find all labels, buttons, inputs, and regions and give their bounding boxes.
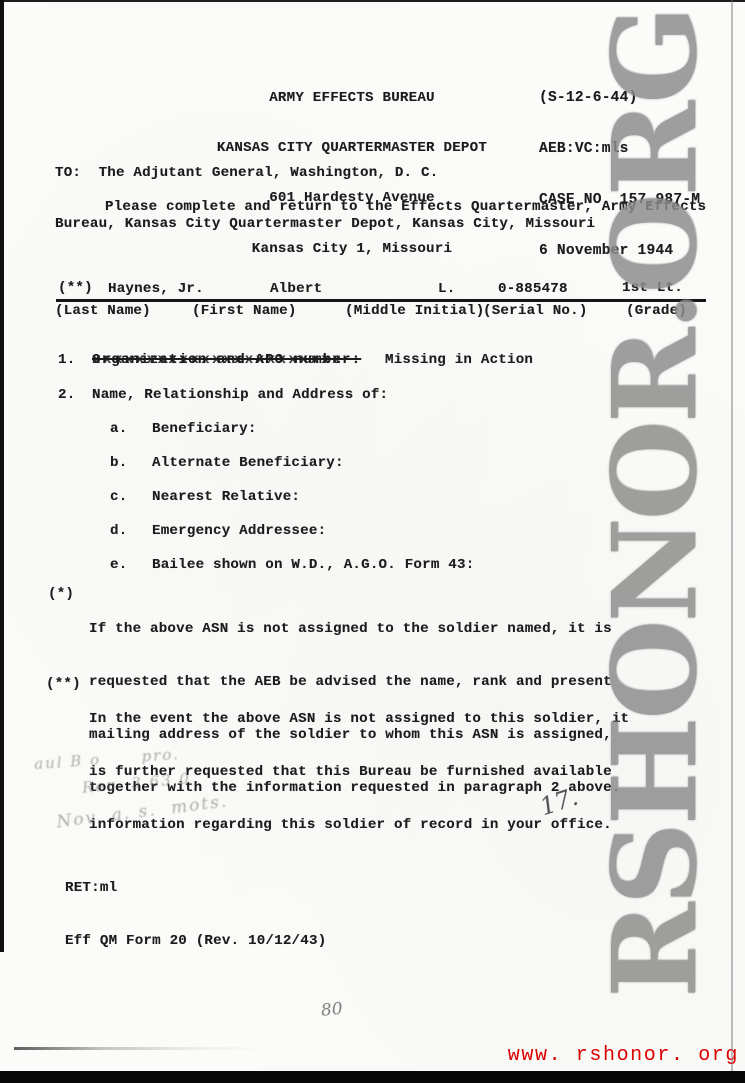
label-serial-number: (Serial No.) — [483, 303, 588, 319]
label-last-name: (Last Name) — [55, 303, 151, 319]
footer-block: RET:ml Eff QM Form 20 (Rev. 10/12/43) — [65, 845, 326, 986]
letterhead-line-2: KANSAS CITY QUARTERMASTER DEPOT — [172, 140, 532, 157]
item-2-label: Name, Relationship and Address of: — [92, 387, 388, 403]
footnote-single-marker: (*) — [48, 586, 74, 602]
footer-form-line: Eff QM Form 20 (Rev. 10/12/43) — [65, 933, 326, 951]
subitem-c-label: Nearest Relative: — [152, 489, 300, 505]
scan-edge-left — [0, 0, 4, 952]
item-1-strike-overlay: xxxxxxxxxxxxxxxxxxxxxxx — [92, 352, 343, 368]
subitem-b-letter: b. — [110, 455, 127, 471]
footer-ref-line: RET:ml — [65, 880, 326, 898]
soldier-last-name: Haynes, Jr. — [108, 281, 204, 297]
scanned-letter-page: ARMY EFFECTS BUREAU KANSAS CITY QUARTERM… — [0, 0, 745, 1083]
letterhead-line-1: ARMY EFFECTS BUREAU — [172, 90, 532, 107]
subitem-e-letter: e. — [110, 557, 127, 573]
scan-edge-right-line — [731, 0, 733, 1071]
subitem-a-label: Beneficiary: — [152, 421, 257, 437]
soldier-middle-initial: L. — [438, 281, 455, 297]
request-paragraph-line-2: Bureau, Kansas City Quartermaster Depot,… — [55, 216, 595, 232]
subitem-e-label: Bailee shown on W.D., A.G.O. Form 43: — [152, 557, 474, 573]
footnote-single-line-1: If the above ASN is not assigned to the … — [89, 621, 621, 639]
soldier-footnote-marker: (**) — [58, 280, 93, 296]
letterhead-line-4: Kansas City 1, Missouri — [172, 241, 532, 258]
to-line: TO: The Adjutant General, Washington, D.… — [55, 165, 438, 181]
site-url-text: www. rshonor. org — [508, 1044, 739, 1067]
soldier-serial-number: 0-885478 — [498, 281, 568, 297]
subitem-b-label: Alternate Beneficiary: — [152, 455, 344, 471]
page-number: 80 — [320, 999, 344, 1021]
label-first-name: (First Name) — [192, 303, 297, 319]
scan-edge-bottom — [0, 1071, 745, 1083]
watermark-text: RSHONOR.ORG — [598, 9, 713, 998]
item-2-number: 2. — [58, 387, 75, 403]
subitem-d-letter: d. — [110, 523, 127, 539]
label-middle-initial: (Middle Initial) — [345, 303, 484, 319]
scan-edge-top — [0, 0, 745, 2]
footnote-double-line-1: In the event the above ASN is not assign… — [89, 711, 629, 729]
footnote-double-marker: (**) — [46, 676, 81, 692]
subitem-c-letter: c. — [110, 489, 127, 505]
scan-smudge — [14, 1047, 264, 1050]
soldier-first-name: Albert — [270, 281, 322, 297]
subitem-a-letter: a. — [110, 421, 127, 437]
item-1-status: Missing in Action — [385, 352, 533, 368]
item-1-number: 1. — [58, 352, 75, 368]
subitem-d-label: Emergency Addressee: — [152, 523, 326, 539]
